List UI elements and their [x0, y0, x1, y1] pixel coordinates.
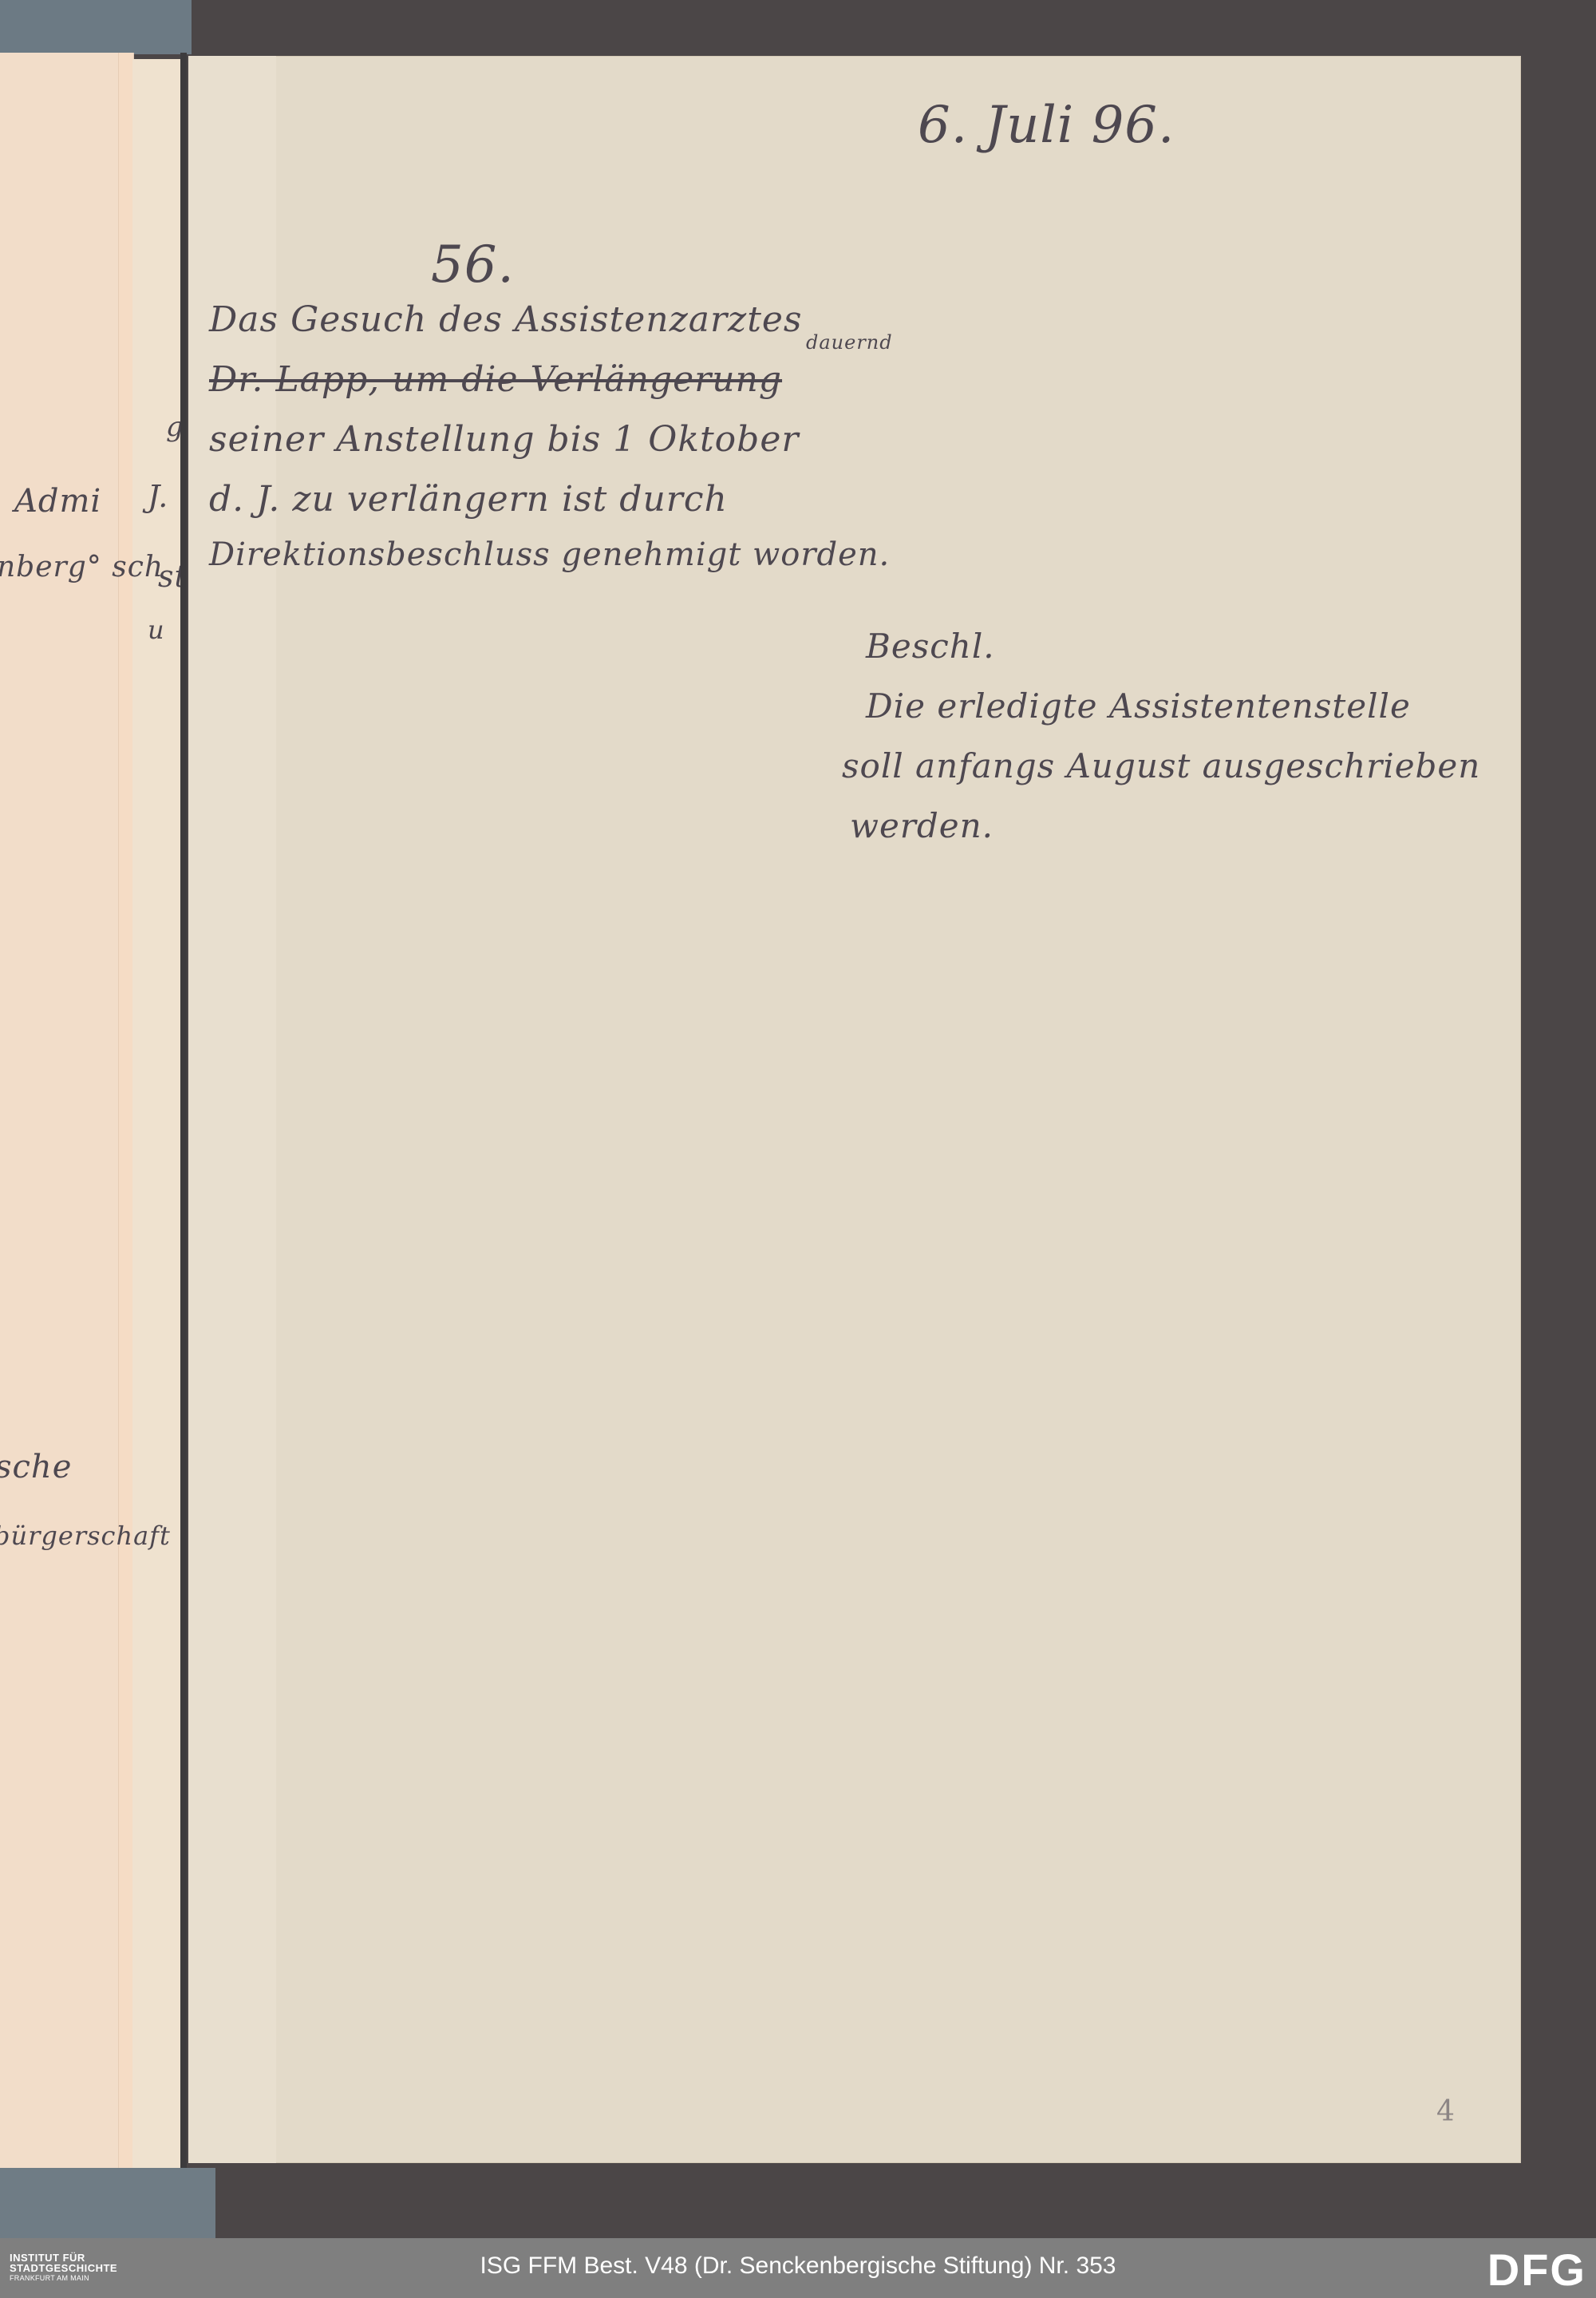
paragraph-line-3: seiner Anstellung bis 1 Oktober: [209, 419, 799, 460]
left-fragment-1: Admi: [14, 483, 101, 520]
paragraph-line-5: Direktionsbeschluss genehmigt worden.: [209, 536, 890, 573]
left-page-fold: [118, 53, 134, 2168]
paragraph-line-2: Dr. Lapp, um die Verlängerung: [209, 359, 782, 400]
note-line-4: werden.: [850, 806, 994, 845]
binding-gutter: [180, 53, 187, 2168]
paragraph-line-4: d. J. zu verlängern ist durch: [209, 479, 728, 520]
left-fragment-3: sche: [0, 1449, 72, 1485]
note-line-3: soll anfangs August ausgeschrieben: [842, 746, 1480, 785]
section-number: 56.: [431, 235, 515, 295]
strip-fragment-2: J.: [148, 479, 168, 514]
left-partial-page: [0, 53, 118, 2168]
dfg-logo: DFG: [1487, 2248, 1586, 2292]
strip-fragment-4: u: [148, 615, 165, 645]
left-page-strip: [132, 59, 180, 2168]
page-number: 4: [1436, 2095, 1456, 2128]
left-fragment-4: bürgerschaft: [0, 1521, 171, 1551]
binding-cover-bottom: [0, 2168, 215, 2238]
binding-cover-top: [0, 0, 192, 54]
footer-bar: INSTITUT FÜR STADTGESCHICHTE FRANKFURT A…: [0, 2238, 1596, 2298]
document-date: 6. Juli 96.: [918, 96, 1175, 155]
paragraph-line-1: Das Gesuch des Assistenzarztes: [209, 299, 803, 340]
note-line-1: Beschl.: [866, 627, 995, 666]
insertion-above-line: dauernd: [806, 331, 893, 354]
note-line-2: Die erledigte Assistentenstelle: [866, 686, 1411, 726]
left-fragment-2: nberg° sch: [0, 551, 164, 583]
archive-caption: ISG FFM Best. V48 (Dr. Senckenbergische …: [0, 2253, 1596, 2280]
